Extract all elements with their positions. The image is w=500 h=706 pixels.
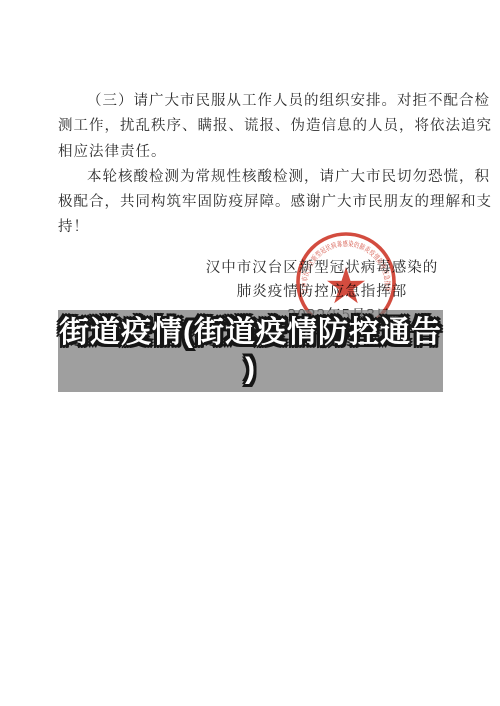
body-text-line: 本轮核酸检测为常规性核酸检测，请广大市民切勿恐慌，积 bbox=[58, 165, 443, 190]
body-text-line: 极配合，共同构筑牢固防疫屏障。感谢广大市民朋友的理解和支 bbox=[58, 190, 443, 215]
body-text-line: 测工作，扰乱秩序、瞒报、谎报、伪造信息的人员，将依法追究 bbox=[58, 114, 443, 139]
seal-star-icon bbox=[327, 267, 365, 303]
title-overlay-banner: 街道疫情(街道疫情防控通告 ) bbox=[58, 310, 443, 392]
overlay-title-line2: ) bbox=[245, 351, 256, 387]
notice-document-page: （三）请广大市民服从工作人员的组织安排。对拒不配合检 测工作，扰乱秩序、瞒报、谎… bbox=[0, 0, 500, 706]
body-text-line: 相应法律责任。 bbox=[58, 140, 443, 165]
body-text-line: （三）请广大市民服从工作人员的组织安排。对拒不配合检 bbox=[58, 89, 443, 114]
overlay-title-line1: 街道疫情(街道疫情防控通告 bbox=[59, 315, 442, 351]
notice-body-text: （三）请广大市民服从工作人员的组织安排。对拒不配合检 测工作，扰乱秩序、瞒报、谎… bbox=[58, 89, 443, 241]
